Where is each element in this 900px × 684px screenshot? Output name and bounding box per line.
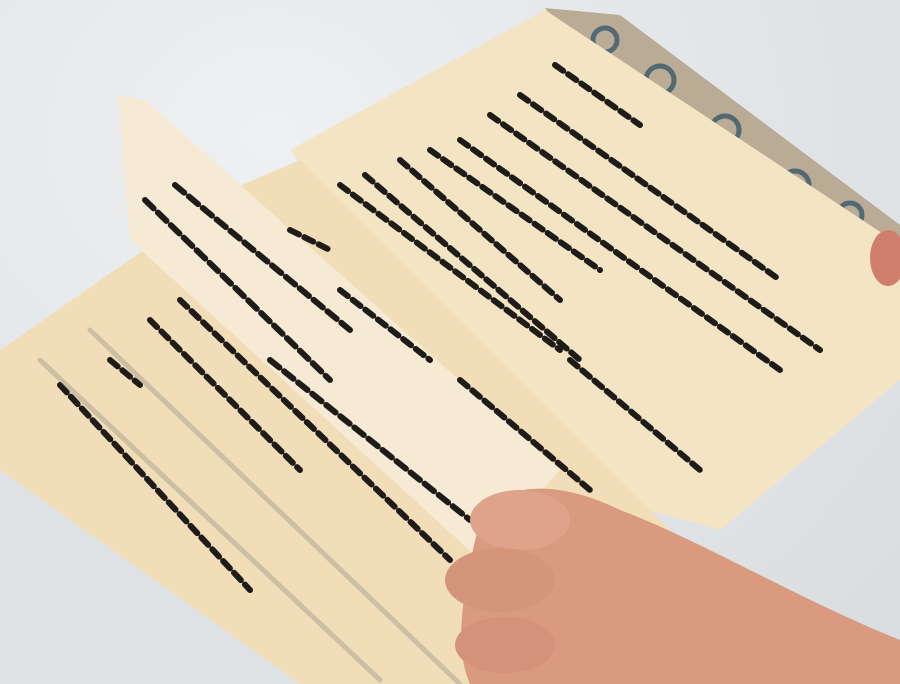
book-illustration (0, 0, 900, 684)
hand (445, 489, 900, 684)
photo-scene: Open antique Japanese handwritten book w… (0, 0, 900, 684)
